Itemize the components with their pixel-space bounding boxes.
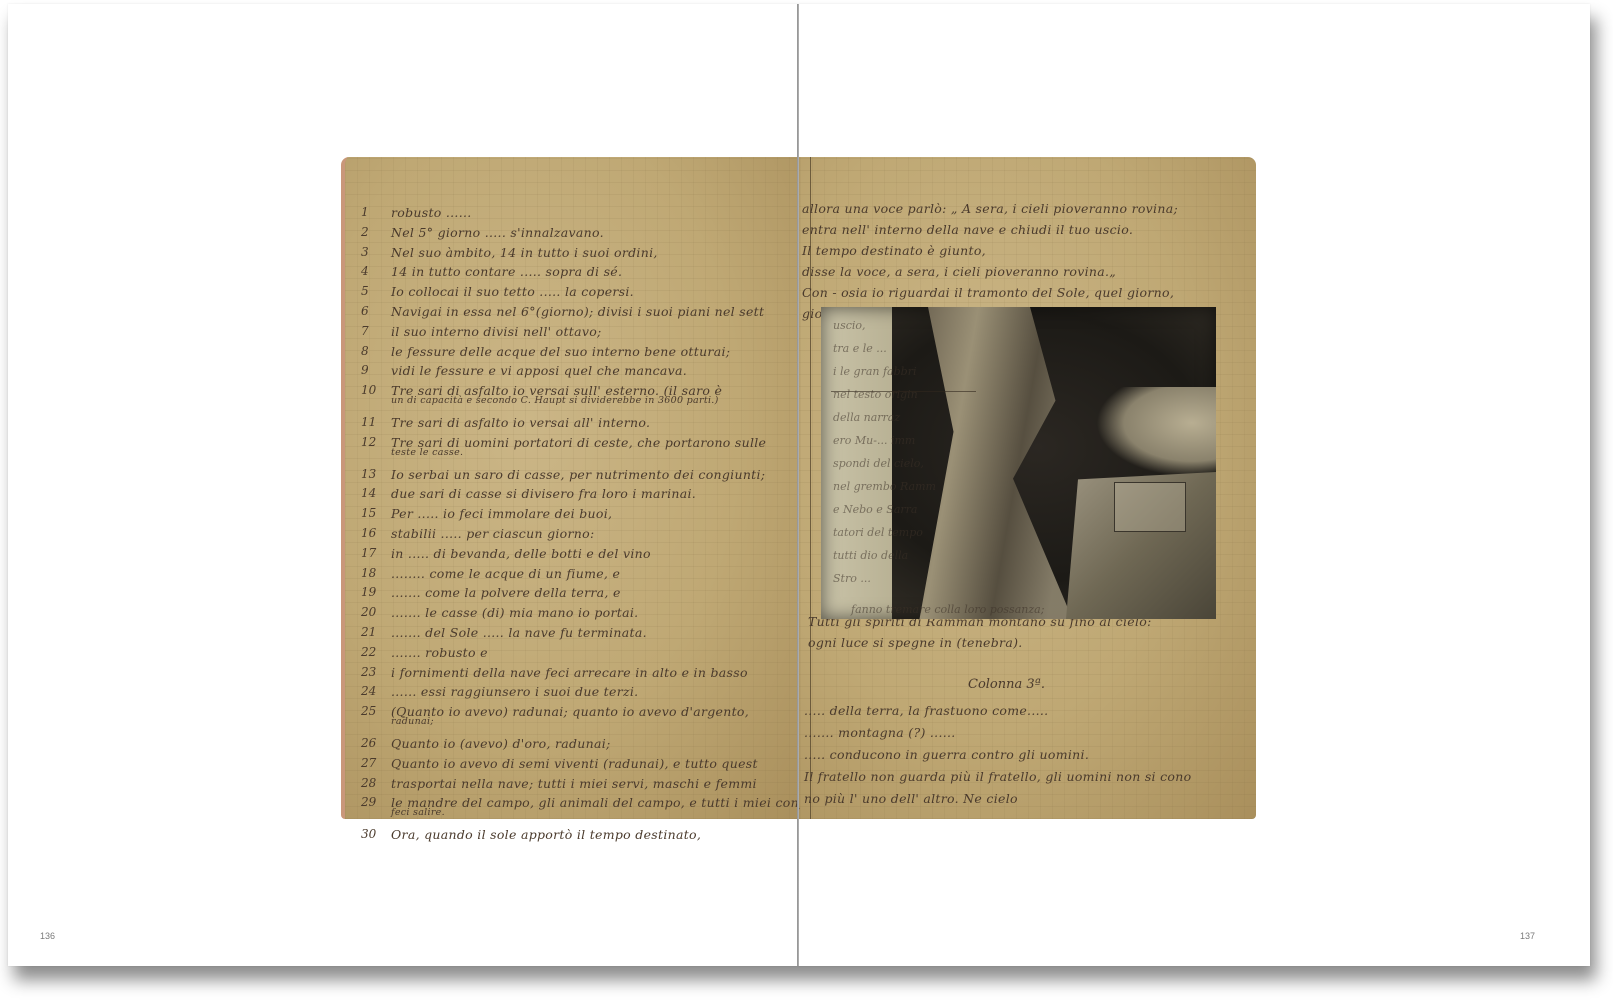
handwritten-text: Io collocai il suo tetto ..... la copers… bbox=[391, 284, 634, 299]
handwritten-text: Il fratello non guarda più il fratello, … bbox=[804, 769, 1191, 784]
line-number: 1 bbox=[361, 205, 369, 219]
handwritten-text: ....... del Sole ..... la nave fu termin… bbox=[391, 625, 647, 640]
line-number: 27 bbox=[361, 756, 376, 770]
line-number: 19 bbox=[361, 585, 376, 599]
collage-photograph: uscio,tra e le ...i le gran fabbrinel te… bbox=[821, 307, 1216, 619]
handwritten-text: in ..... di bevanda, delle botti e del v… bbox=[391, 546, 651, 561]
line-number: 17 bbox=[361, 546, 376, 560]
handwritten-text: Quanto io (avevo) d'oro, radunai; bbox=[391, 736, 611, 751]
line-number: 25 bbox=[361, 704, 376, 718]
handwritten-text: allora una voce parlò: „ A sera, i cieli… bbox=[802, 201, 1178, 216]
handwritten-text: ..... conducono in guerra contro gli uom… bbox=[804, 747, 1089, 762]
handwritten-text: Nel suo àmbito, 14 in tutto i suoi ordin… bbox=[391, 245, 658, 260]
line-number: 14 bbox=[361, 486, 376, 500]
photo-overlay-text: tatori del tempo bbox=[833, 526, 923, 539]
photo-overlay-text: tutti dio della bbox=[833, 549, 908, 562]
photo-overlay-text: i le gran fabbri bbox=[833, 365, 916, 378]
line-number: 2 bbox=[361, 225, 369, 239]
line-number: 10 bbox=[361, 383, 376, 397]
photo-overlay-text: della narraz bbox=[833, 411, 900, 424]
handwritten-text: ..... della terra, la frastuono come....… bbox=[804, 703, 1048, 718]
photo-overlay-text: Stro ... bbox=[833, 572, 871, 585]
page-number-left: 136 bbox=[40, 931, 55, 941]
line-number: 29 bbox=[361, 795, 376, 809]
line-number: 28 bbox=[361, 776, 376, 790]
line-number: 12 bbox=[361, 435, 376, 449]
photo-overlay-text: nel testo origin bbox=[833, 388, 918, 401]
handwritten-text: ....... come la polvere della terra, e bbox=[391, 585, 621, 600]
line-number: 23 bbox=[361, 665, 376, 679]
handwritten-text: 14 in tutto contare ..... sopra di sé. bbox=[391, 264, 622, 279]
handwritten-text: ....... montagna (?) ...... bbox=[804, 725, 956, 740]
line-number: 8 bbox=[361, 344, 369, 358]
handwritten-text: (Quanto io avevo) radunai; quanto io ave… bbox=[391, 704, 749, 719]
handwritten-text: no più l' uno dell' altro. Ne cielo bbox=[804, 791, 1018, 806]
handwritten-text: ....... le casse (di) mia mano io portai… bbox=[391, 605, 638, 620]
line-number: 21 bbox=[361, 625, 376, 639]
handwritten-text: trasportai nella nave; tutti i miei serv… bbox=[391, 776, 757, 791]
handwritten-text: Quanto io avevo di semi viventi (radunai… bbox=[391, 756, 758, 771]
photo-overlay-text: spondi del cielo, bbox=[833, 457, 924, 470]
handwritten-text: Tre sari di asfalto io versai all' inter… bbox=[391, 415, 650, 430]
line-number: 22 bbox=[361, 645, 376, 659]
line-number: 18 bbox=[361, 566, 376, 580]
handwritten-text: Io serbai un saro di casse, per nutrimen… bbox=[391, 467, 765, 482]
line-number: 13 bbox=[361, 467, 376, 481]
handwritten-text: ........ come le acque di un fiume, e bbox=[391, 566, 620, 581]
page-number-right: 137 bbox=[1520, 931, 1535, 941]
handwritten-text: le mandre del campo, gli animali del cam… bbox=[391, 795, 812, 810]
line-number: 30 bbox=[361, 827, 376, 841]
handwritten-text: vidi le fessure e vi apposi quel che man… bbox=[391, 363, 687, 378]
photo-overlay-text: tra e le ... bbox=[833, 342, 887, 355]
photo-overlay-text: fanno tremare colla loro possanza; bbox=[851, 603, 1044, 616]
satin-dress-figure bbox=[911, 307, 1081, 619]
handwritten-text: ...... essi raggiunsero i suoi due terzi… bbox=[391, 684, 638, 699]
handwritten-text: Con - osia io riguardai il tramonto del … bbox=[802, 285, 1174, 300]
photo-overlay-text: e Nebo e Sarra bbox=[833, 503, 917, 516]
handwritten-text: il suo interno divisi nell' ottavo; bbox=[391, 324, 602, 339]
handwritten-text: Navigai in essa nel 6°(giorno); divisi i… bbox=[391, 304, 764, 319]
handwritten-text: feci salire. bbox=[391, 807, 445, 818]
book-gutter bbox=[797, 4, 799, 966]
line-number: 6 bbox=[361, 304, 369, 318]
line-number: 3 bbox=[361, 245, 369, 259]
photo-overlay-text: nel grembo Ramm bbox=[833, 480, 936, 493]
handwritten-text: ogni luce si spegne in (tenebra). bbox=[808, 635, 1023, 650]
handwritten-text: Per ..... io feci immolare dei buoi, bbox=[391, 506, 612, 521]
handwritten-text: Il tempo destinato è giunto, bbox=[802, 243, 986, 258]
line-number: 9 bbox=[361, 363, 369, 377]
line-number: 7 bbox=[361, 324, 369, 338]
line-number: 20 bbox=[361, 605, 376, 619]
handwritten-text: ....... robusto e bbox=[391, 645, 488, 660]
handwritten-text: disse la voce, a sera, i cieli pioverann… bbox=[802, 264, 1116, 279]
section-heading: Colonna 3ª. bbox=[968, 677, 1045, 692]
dragonfly-specimen-icon bbox=[1114, 482, 1186, 532]
handwritten-text: Ora, quando il sole apportò il tempo des… bbox=[391, 827, 701, 842]
photo-overlay-text: uscio, bbox=[833, 319, 866, 332]
line-number: 16 bbox=[361, 526, 376, 540]
book-spread: 1robusto ......2Nel 5° giorno ..... s'in… bbox=[8, 4, 1590, 966]
line-number: 4 bbox=[361, 264, 369, 278]
handwritten-text: un di capacità e secondo C. Haupt si div… bbox=[391, 395, 719, 406]
line-number: 5 bbox=[361, 284, 369, 298]
handwritten-text: i fornimenti della nave feci arrecare in… bbox=[391, 665, 748, 680]
handwritten-text: radunai; bbox=[391, 716, 434, 727]
arm-figure bbox=[1096, 387, 1216, 477]
line-number: 24 bbox=[361, 684, 376, 698]
handwritten-text: due sari di casse si divisero fra loro i… bbox=[391, 486, 696, 501]
handwritten-text: entra nell' interno della nave e chiudi … bbox=[802, 222, 1133, 237]
line-number: 26 bbox=[361, 736, 376, 750]
handwritten-text: le fessure delle acque del suo interno b… bbox=[391, 344, 730, 359]
handwritten-text: Nel 5° giorno ..... s'innalzavano. bbox=[391, 225, 604, 240]
handwritten-text: teste le casse. bbox=[391, 447, 463, 458]
handwritten-text: stabilii ..... per ciascun giorno: bbox=[391, 526, 594, 541]
line-number: 11 bbox=[361, 415, 376, 429]
handwritten-text: robusto ...... bbox=[391, 205, 472, 220]
line-number: 15 bbox=[361, 506, 376, 520]
notebook-left-leaf: 1robusto ......2Nel 5° giorno ..... s'in… bbox=[341, 157, 800, 819]
photo-overlay-text: ero Mu-... imm bbox=[833, 434, 915, 447]
